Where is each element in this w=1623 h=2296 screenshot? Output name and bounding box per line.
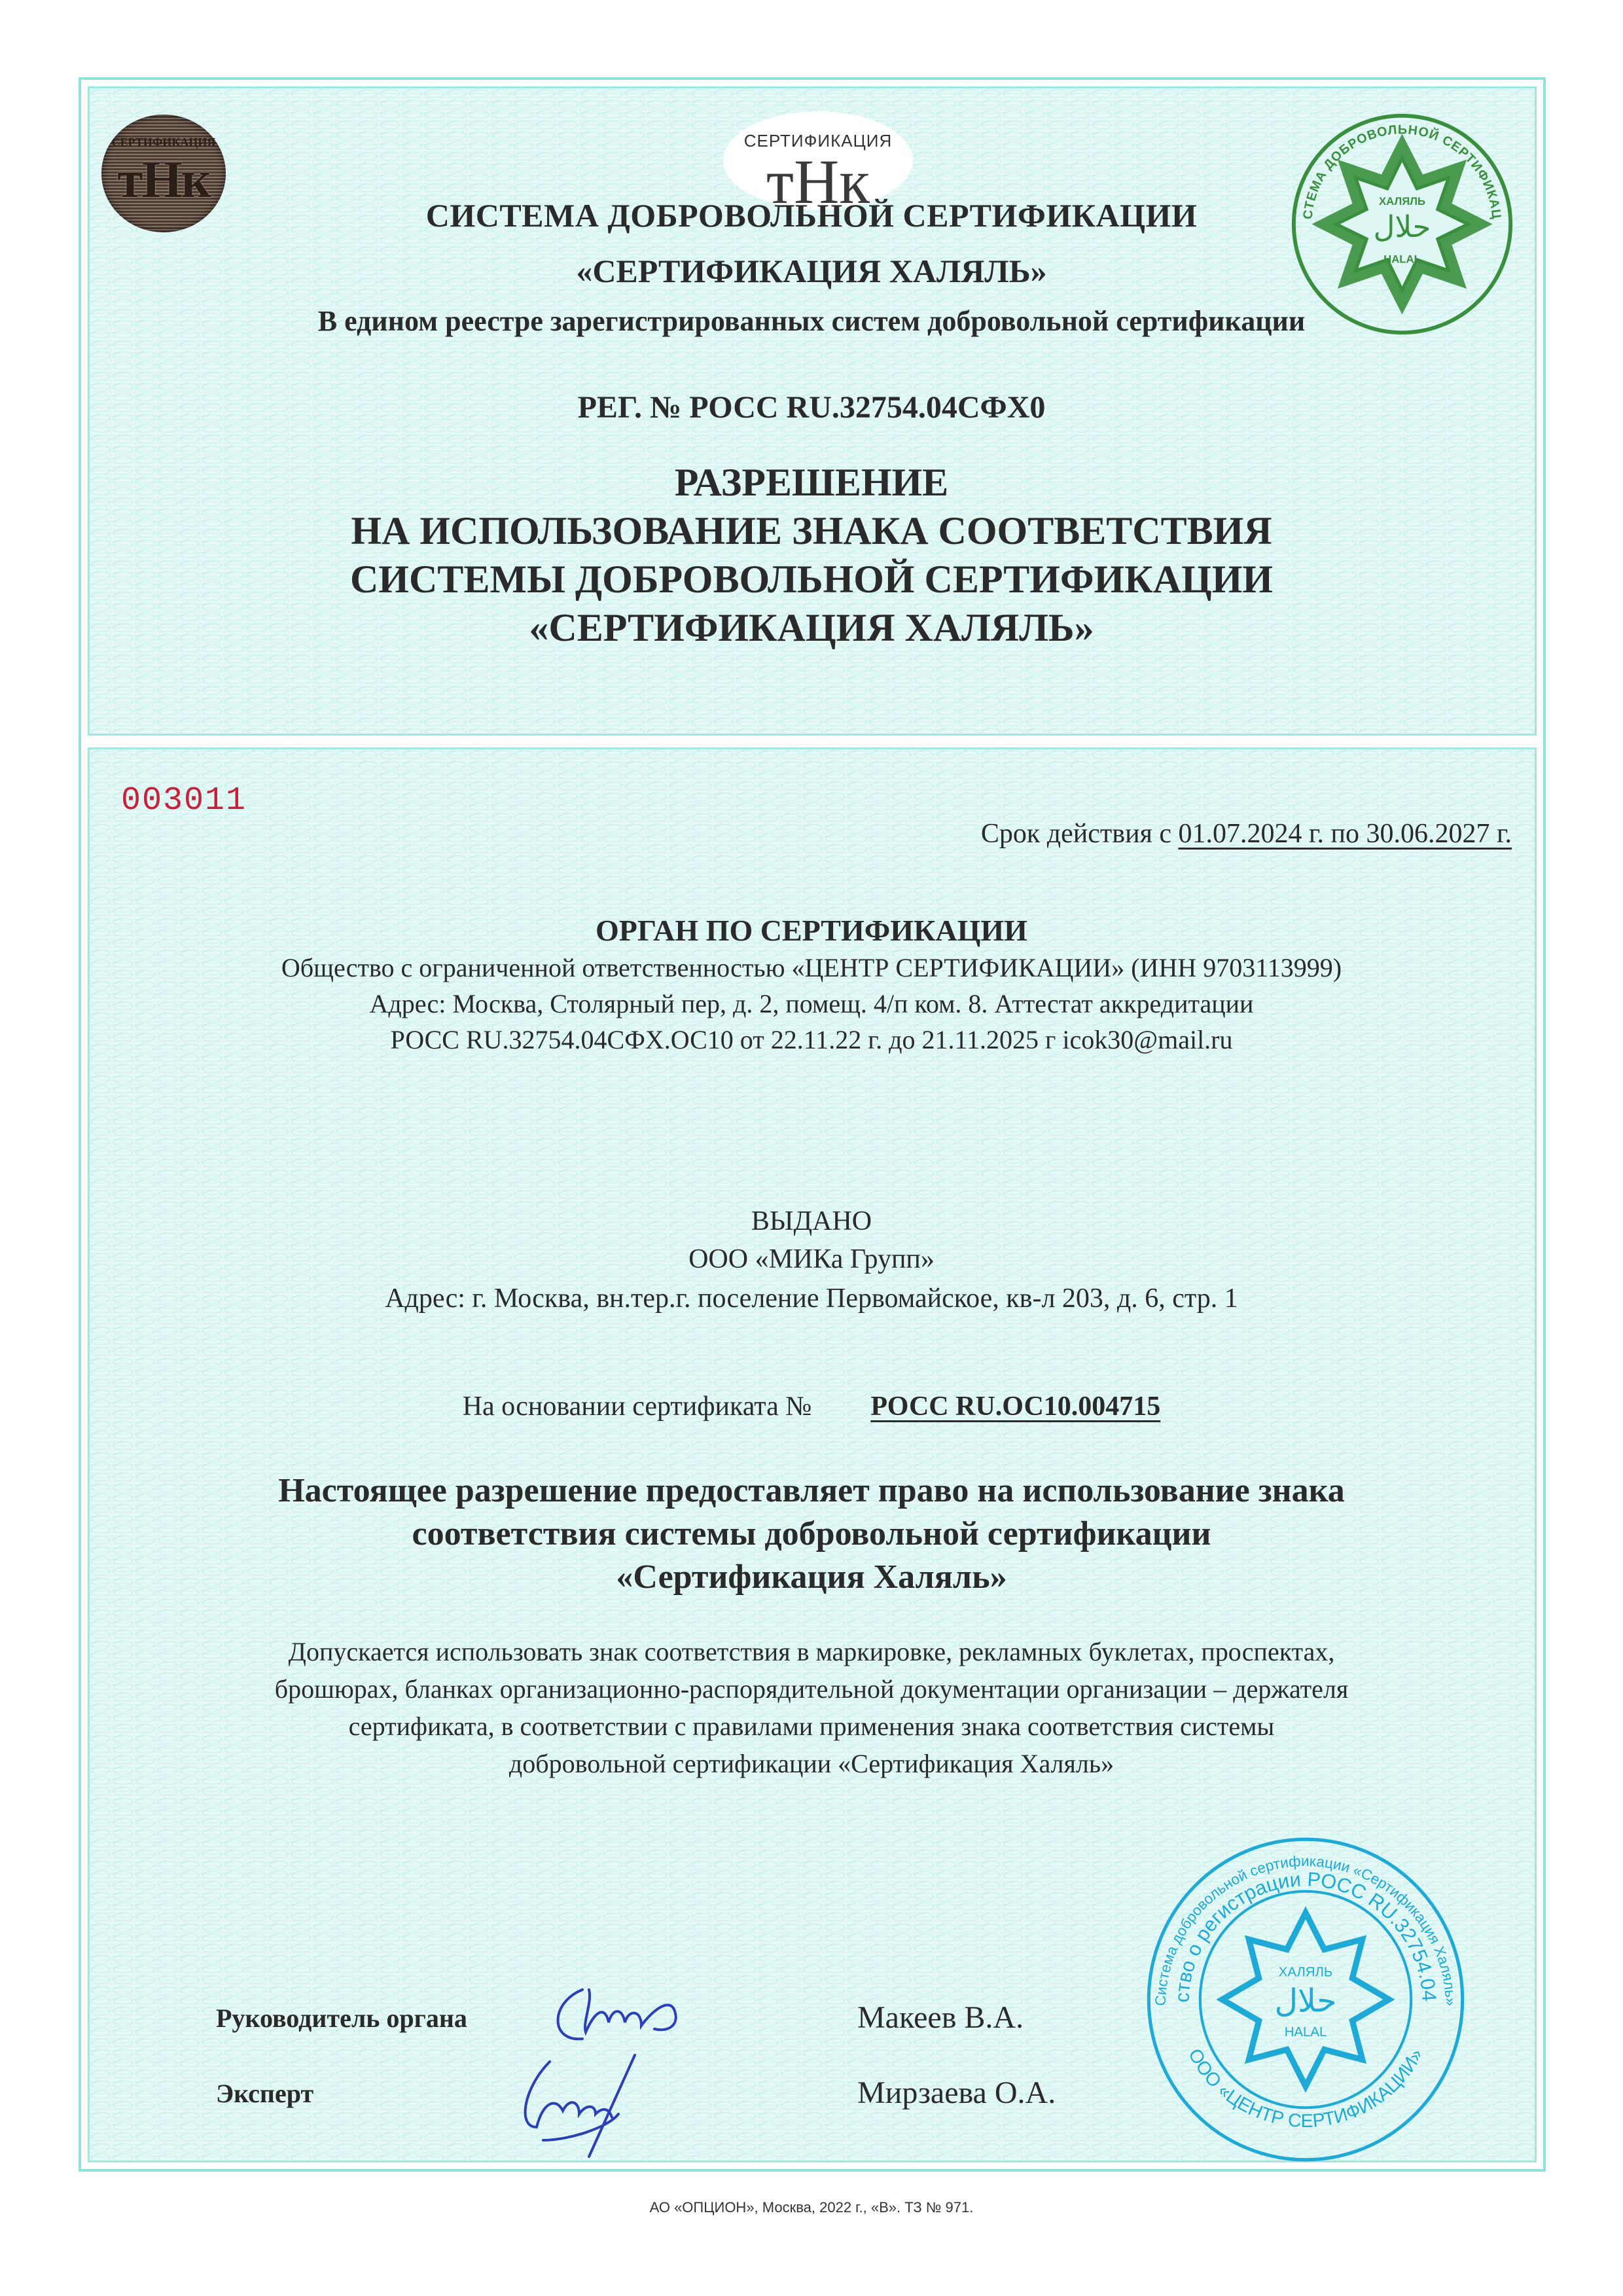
organization-stamp-icon: Система добровольной сертификации «Серти…: [1139, 1833, 1472, 2166]
certification-body-accreditation: РОСС RU.32754.04СФХ.ОС10 от 22.11.22 г. …: [0, 1024, 1623, 1055]
allowed-line: добровольной сертификации «Сертификация …: [111, 1745, 1512, 1782]
permit-title-line: РАЗРЕШЕНИЕ: [0, 458, 1623, 507]
grant-line: Настоящее разрешение предоставляет право…: [0, 1469, 1623, 1513]
certification-body-title: ОРГАН ПО СЕРТИФИКАЦИИ: [0, 913, 1623, 948]
allowed-line: сертификата, в соответствии с правилами …: [111, 1708, 1512, 1745]
svg-text:حلال: حلال: [1274, 1982, 1336, 2019]
grant-line: соответствия системы добровольной сертиф…: [0, 1513, 1623, 1556]
certification-body-name: Общество с ограниченной ответственностью…: [0, 952, 1623, 983]
certification-body-address: Адрес: Москва, Столярный пер, д. 2, поме…: [0, 988, 1623, 1019]
issued-title: ВЫДАНО: [0, 1206, 1623, 1237]
basis-certificate-number: РОСС RU.ОС10.004715: [870, 1391, 1160, 1422]
system-name: «СЕРТИФИКАЦИЯ ХАЛЯЛЬ»: [0, 252, 1623, 290]
printer-imprint: АО «ОПЦИОН», Москва, 2022 г., «В». ТЗ № …: [0, 2199, 1623, 2216]
expert-label: Эксперт: [216, 2078, 313, 2109]
allowed-text: Допускается использовать знак соответств…: [0, 1633, 1623, 1782]
basis-label: На основании сертификата №: [463, 1391, 812, 1422]
permit-title-line: СИСТЕМЫ ДОБРОВОЛЬНОЙ СЕРТИФИКАЦИИ: [0, 555, 1623, 603]
issued-company: ООО «МИКа Групп»: [0, 1244, 1623, 1275]
validity-period: Срок действия с 01.07.2024 г. по 30.06.2…: [981, 818, 1512, 850]
expert-name: Мирзаева О.А.: [857, 2075, 1056, 2111]
permit-title: РАЗРЕШЕНИЕ НА ИСПОЛЬЗОВАНИЕ ЗНАКА СООТВЕ…: [0, 458, 1623, 652]
grant-text: Настоящее разрешение предоставляет право…: [0, 1469, 1623, 1599]
head-signatory-label: Руководитель органа: [216, 2003, 467, 2034]
head-signatory-name: Макеев В.А.: [857, 2000, 1024, 2036]
issued-address: Адрес: г. Москва, вн.тер.г. поселение Пе…: [0, 1283, 1623, 1314]
registry-line: В едином реестре зарегистрированных сист…: [0, 304, 1623, 338]
registration-number: РЕГ. № РОСС RU.32754.04СФХ0: [0, 389, 1623, 425]
hologram-arc-text: СЕРТИФИКАЦИЯ: [101, 135, 226, 149]
grant-line: «Сертификация Халяль»: [0, 1556, 1623, 1599]
permit-title-line: НА ИСПОЛЬЗОВАНИЕ ЗНАКА СООТВЕТСТВИЯ: [0, 507, 1623, 555]
expert-signature-icon: [504, 2049, 700, 2160]
validity-dates: 01.07.2024 г. по 30.06.2027 г.: [1179, 819, 1512, 849]
thk-logo: СЕРТИФИКАЦИЯ тНк: [723, 111, 913, 209]
basis-line: На основании сертификата №РОСС RU.ОС10.0…: [0, 1391, 1623, 1422]
allowed-line: Допускается использовать знак соответств…: [111, 1633, 1512, 1670]
serial-number: 003011: [121, 782, 247, 819]
permit-title-line: «СЕРТИФИКАЦИЯ ХАЛЯЛЬ»: [0, 603, 1623, 652]
svg-text:ХАЛЯЛЬ: ХАЛЯЛЬ: [1279, 1965, 1333, 1979]
system-title: СИСТЕМА ДОБРОВОЛЬНОЙ СЕРТИФИКАЦИИ: [0, 196, 1623, 234]
svg-text:HALAL: HALAL: [1285, 2025, 1327, 2039]
allowed-line: брошюрах, бланках организационно-распоря…: [111, 1670, 1512, 1708]
validity-prefix: Срок действия с: [981, 819, 1179, 849]
head-signature-icon: [543, 1970, 726, 2049]
